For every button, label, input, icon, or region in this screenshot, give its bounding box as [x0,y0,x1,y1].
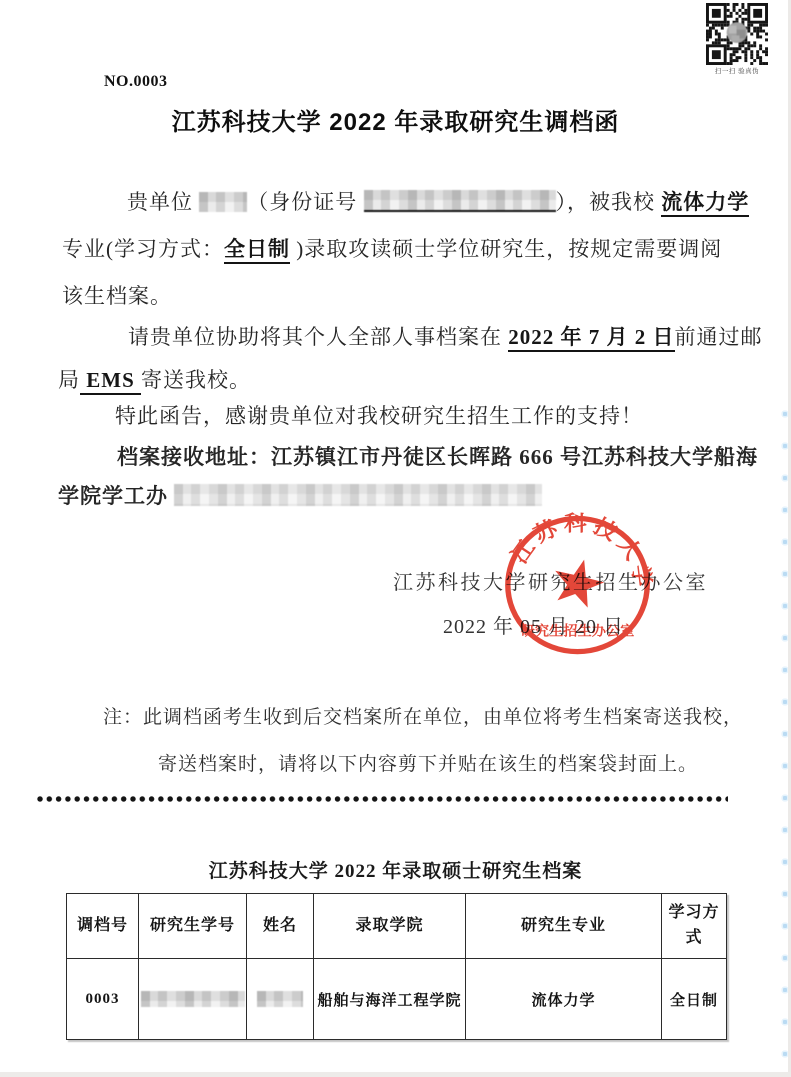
note-line-1: 注：此调档函考生收到后交档案所在单位，由单位将考生档案寄送我校， [103,702,743,729]
line1-prefix: 贵单位 [127,190,199,214]
cell-study-mode: 全日制 [662,959,727,1040]
qr-code [706,3,768,65]
redacted-contact-info [174,484,542,506]
body-line-5: 局 EMS 寄送我校。 [58,364,251,394]
header-college: 录取学院 [314,894,466,959]
office-label: 学院学工办 [58,484,168,508]
header-major: 研究生专业 [466,894,662,959]
header-file-no: 调档号 [67,894,139,959]
scan-edge-bottom [0,1072,791,1077]
study-mode: 全日制 [224,237,290,264]
header-student-id: 研究生学号 [139,894,247,959]
cell-major: 流体力学 [466,959,662,1040]
deadline-date: 2022 年 7 月 2 日 [508,325,674,352]
body-line-1: 贵单位 （身份证号 ），被我校 流体力学 [127,186,749,216]
official-seal: 江苏科技大学 研究生招生办公室 [499,511,656,661]
line5-prefix: 局 [58,368,80,392]
cell-file-no: 0003 [67,959,139,1040]
body-line-3: 该生档案。 [62,280,172,310]
line5-suffix: 寄送我校。 [141,368,251,392]
line2-suffix: )录取攻读硕士学位研究生，按规定需要调阅 [290,237,722,261]
redacted-recipient-name [199,192,247,212]
seal-star [548,554,609,610]
note-line-2: 寄送档案时，请将以下内容剪下并贴在该生的档案袋封面上。 [158,749,698,776]
receiving-office-line: 学院学工办 [58,480,542,510]
table-row: 0003 船舶与海洋工程学院 流体力学 全日制 [67,959,727,1040]
header-study-mode: 学习方式 [662,894,727,959]
seal-office-text: 研究生招生办公室 [521,623,635,640]
redacted-student-name [257,991,303,1007]
cut-line [36,795,728,803]
line1-after-id: ），被我校 [556,190,662,214]
body-line-6: 特此函告，感谢贵单位对我校研究生招生工作的支持！ [115,400,643,430]
redacted-student-id [141,991,245,1007]
table-header-row: 调档号 研究生学号 姓名 录取学院 研究生专业 学习方式 [67,894,727,959]
receiving-address-line: 档案接收地址：江苏镇江市丹徒区长晖路 666 号江苏科技大学船海 [117,441,758,471]
line1-id-label: （身份证号 [247,190,363,214]
cell-college: 船舶与海洋工程学院 [314,959,466,1040]
body-line-2: 专业(学习方式：全日制 )录取攻读硕士学位研究生，按规定需要调阅 [62,233,722,263]
admitted-major: 流体力学 [661,190,749,217]
cell-student-id [139,959,247,1040]
cell-name [247,959,314,1040]
line2-prefix: 专业(学习方式： [62,237,224,261]
line4-prefix: 请贵单位协助将其个人全部人事档案在 [128,325,508,349]
line4-suffix: 前通过邮 [675,325,763,349]
redacted-id-number [364,190,556,212]
archive-table: 调档号 研究生学号 姓名 录取学院 研究生专业 学习方式 0003 船舶与海洋工… [66,893,727,1040]
qr-center-blur [727,22,748,43]
ems-label: EMS [80,368,141,395]
qr-caption: 扫一扫 验真伪 [699,66,775,75]
doc-number: NO.0003 [104,73,168,91]
header-name: 姓名 [247,894,314,959]
document-page: 扫一扫 验真伪 NO.0003 江苏科技大学 2022 年录取研究生调档函 贵单… [0,0,791,1077]
body-line-4: 请贵单位协助将其个人全部人事档案在 2022 年 7 月 2 日前通过邮 [128,321,763,351]
doc-title: 江苏科技大学 2022 年录取研究生调档函 [0,102,791,137]
attachment-title: 江苏科技大学 2022 年录取硕士研究生档案 [0,856,791,883]
